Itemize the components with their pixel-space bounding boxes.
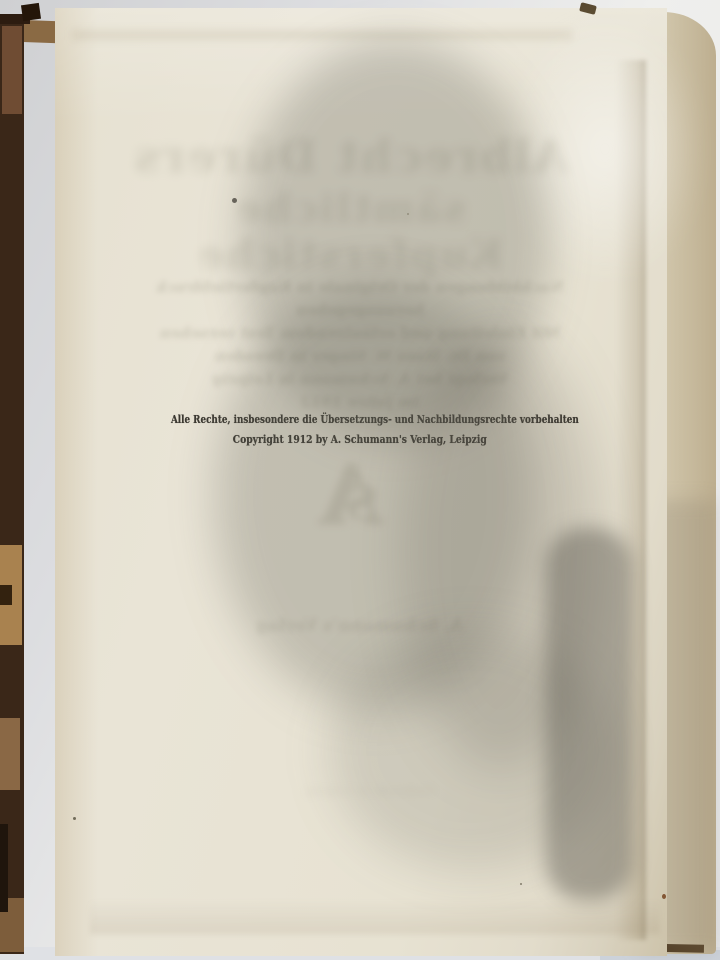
ink-speck <box>232 198 237 203</box>
page-bottom-edge-shadow <box>90 900 660 934</box>
foxing-speck <box>662 894 666 899</box>
photo-of-book: Albrecht Dürers sämtliche Kupferstiche N… <box>0 0 720 960</box>
book-spine <box>0 18 24 954</box>
spine-worn-patch-top <box>2 26 22 114</box>
spine-notch <box>0 585 12 605</box>
spine-dark-sliver <box>0 824 8 912</box>
page-top-edge-shadow <box>72 30 572 40</box>
ink-speck <box>520 883 522 885</box>
phone-shadow <box>546 528 632 900</box>
ink-speck <box>73 817 76 820</box>
spine-worn-patch-lower <box>0 718 20 790</box>
ink-speck <box>407 213 409 215</box>
spine-top-nub <box>21 3 41 21</box>
